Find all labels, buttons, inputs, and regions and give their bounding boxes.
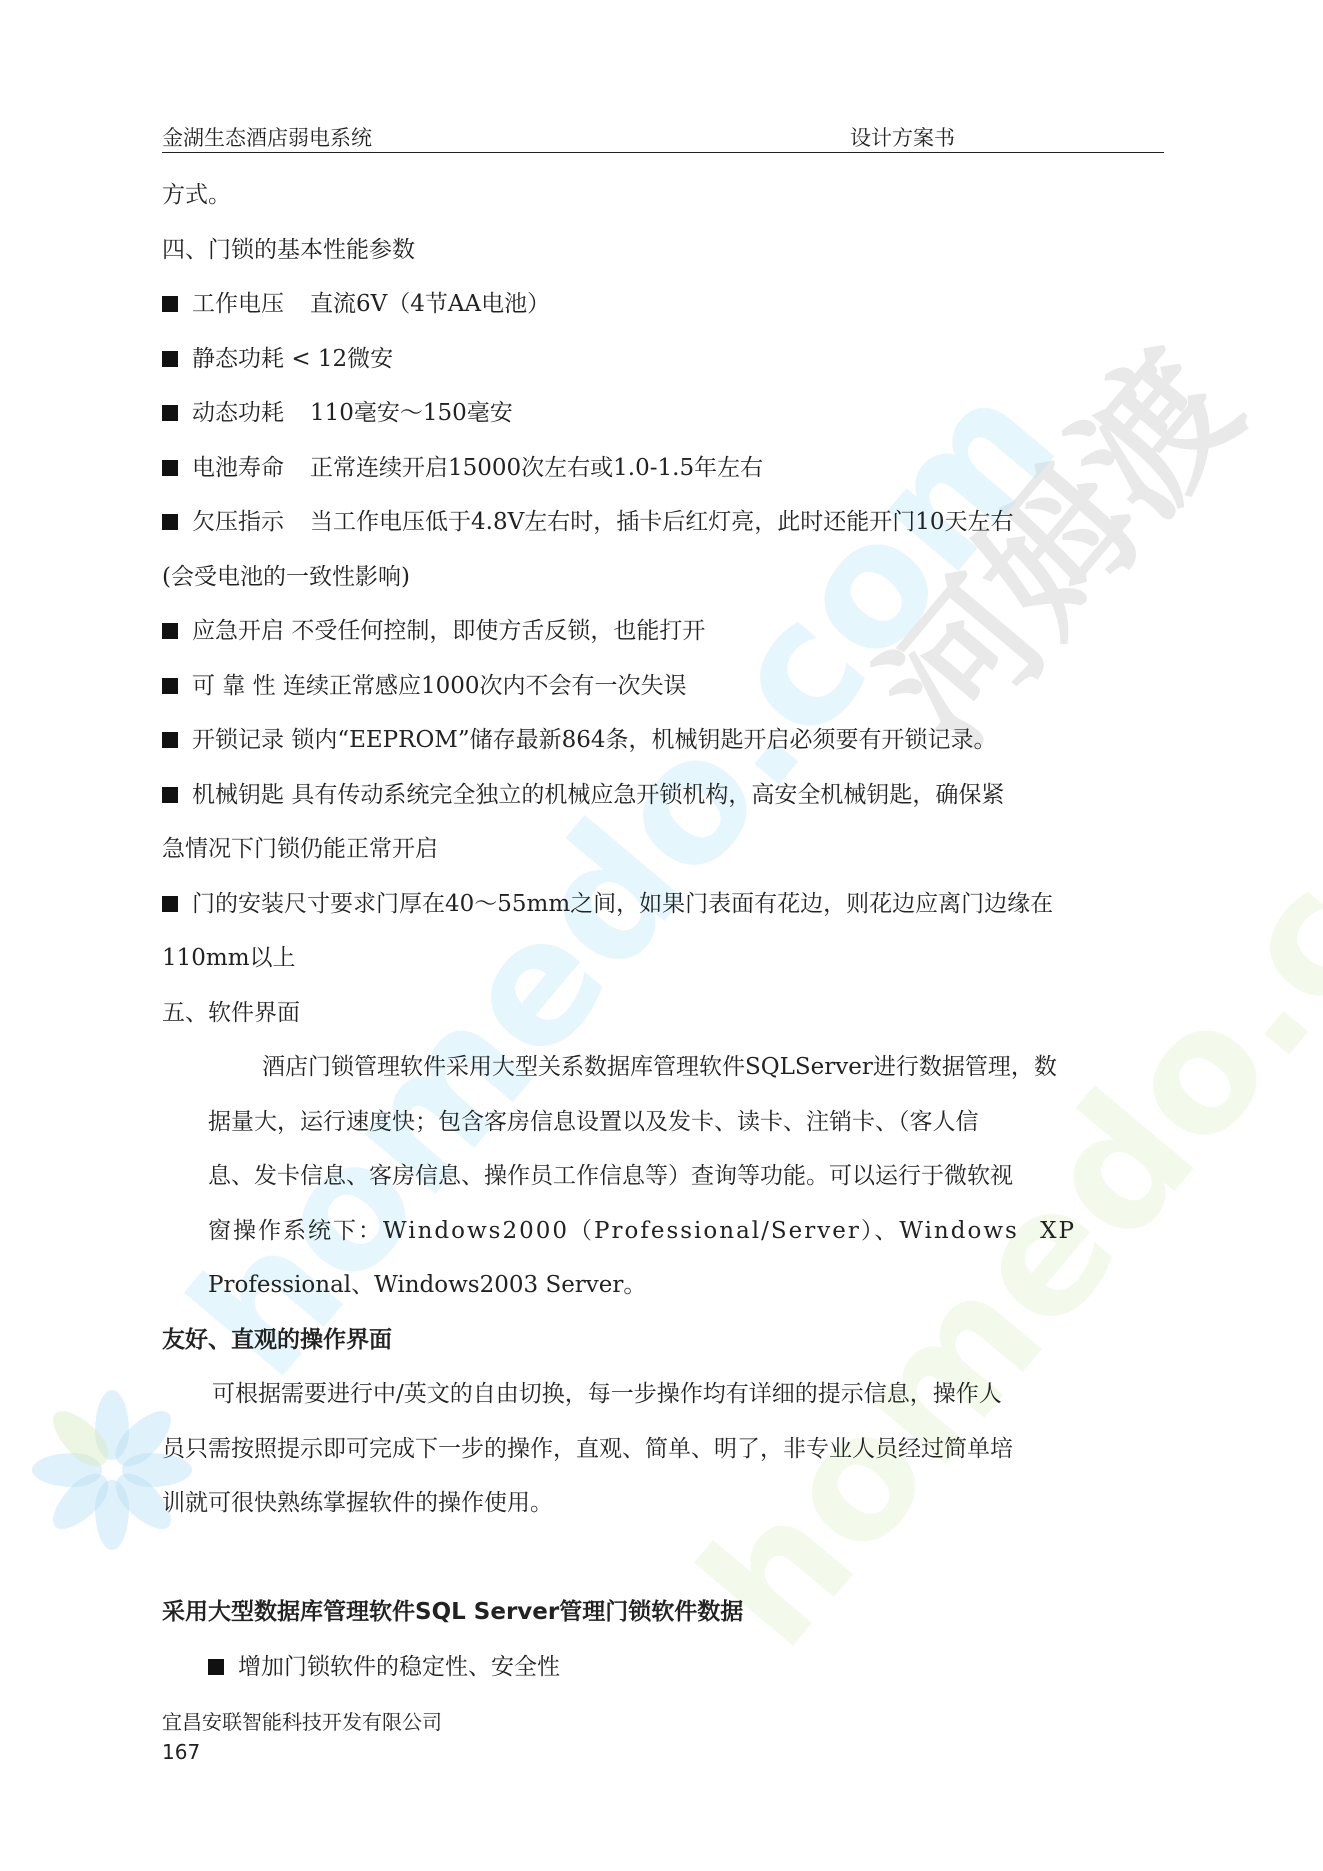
bullet-square-icon [162, 678, 178, 694]
param-item-continuation: 急情况下门锁仍能正常开启 [162, 822, 1164, 877]
param-item-continuation: (会受电池的一致性影响) [162, 550, 1164, 605]
bullet-item: 增加门锁软件的稳定性、安全性 [162, 1640, 1164, 1695]
bullet-square-icon [162, 460, 178, 476]
section-5-title: 五、软件界面 [162, 986, 1164, 1041]
software-paragraph-line: 据量大，运行速度快；包含客房信息设置以及发卡、读卡、注销卡、（客人信 [162, 1095, 1164, 1150]
subheading-friendly-ui: 友好、直观的操作界面 [162, 1313, 1164, 1368]
software-paragraph-line: 酒店门锁管理软件采用大型关系数据库管理软件SQLServer进行数据管理，数 [162, 1040, 1164, 1095]
software-paragraph-line: 息、发卡信息、客房信息、操作员工作信息等）查询等功能。可以运行于微软视 [162, 1149, 1164, 1204]
param-item: 机械钥匙 具有传动系统完全独立的机械应急开锁机构，高安全机械钥匙，确保紧 [162, 768, 1164, 823]
bullet-square-icon [162, 787, 178, 803]
header-doc-type: 设计方案书 [850, 122, 955, 152]
param-item: 工作电压直流6V（4节AA电池） [162, 277, 1164, 332]
header-project-title: 金湖生态酒店弱电系统 [162, 122, 372, 152]
subheading-sql-server: 采用大型数据库管理软件SQL Server管理门锁软件数据 [162, 1585, 1164, 1640]
param-item: 电池寿命正常连续开启15000次左右或1.0-1.5年左右 [162, 441, 1164, 496]
page-header: 金湖生态酒店弱电系统 设计方案书 [162, 122, 1164, 153]
param-item: 欠压指示当工作电压低于4.8V左右时，插卡后红灯亮，此时还能开门10天左右 [162, 495, 1164, 550]
param-item: 可 靠 性 连续正常感应1000次内不会有一次失误 [162, 659, 1164, 714]
param-item: 开锁记录 锁内“EEPROM”储存最新864条，机械钥匙开启必须要有开锁记录。 [162, 713, 1164, 768]
section-4-title: 四、门锁的基本性能参数 [162, 223, 1164, 278]
bullet-square-icon [162, 296, 178, 312]
bullet-square-icon [162, 351, 178, 367]
param-item: 门的安装尺寸要求门厚在40～55mm之间，如果门表面有花边，则花边应离门边缘在 [162, 877, 1164, 932]
param-item-continuation: 110mm以上 [162, 931, 1164, 986]
param-item: 静态功耗 < 12微安 [162, 332, 1164, 387]
ui-paragraph-line: 训就可很快熟练掌握软件的操作使用。 [162, 1476, 1164, 1531]
footer-company: 宜昌安联智能科技开发有限公司 [162, 1707, 442, 1737]
document-body: 方式。 四、门锁的基本性能参数 工作电压直流6V（4节AA电池） 静态功耗 < … [162, 168, 1164, 1694]
page-footer: 宜昌安联智能科技开发有限公司 167 [162, 1707, 442, 1767]
bullet-square-icon [162, 514, 178, 530]
bullet-square-icon [162, 732, 178, 748]
param-item: 应急开启 不受任何控制，即使方舌反锁，也能打开 [162, 604, 1164, 659]
ui-paragraph-line: 可根据需要进行中/英文的自由切换，每一步操作均有详细的提示信息，操作人 [162, 1367, 1164, 1422]
software-paragraph-line: Professional、Windows2003 Server。 [162, 1258, 1164, 1313]
ui-paragraph-line: 员只需按照提示即可完成下一步的操作，直观、简单、明了，非专业人员经过简单培 [162, 1422, 1164, 1477]
page-number: 167 [162, 1737, 442, 1767]
bullet-square-icon [162, 405, 178, 421]
bullet-square-icon [208, 1659, 224, 1675]
intro-tail: 方式。 [162, 168, 1164, 223]
bullet-square-icon [162, 623, 178, 639]
software-paragraph-line: 窗操作系统下：Windows2000（Professional/Server）、… [162, 1204, 1164, 1259]
param-item: 动态功耗110毫安～150毫安 [162, 386, 1164, 441]
bullet-square-icon [162, 896, 178, 912]
